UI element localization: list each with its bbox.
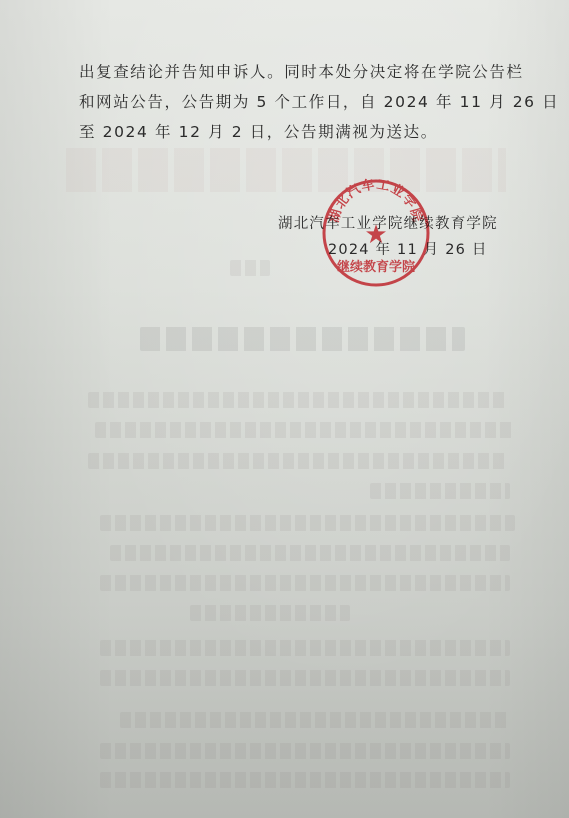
paragraph-line: 至 2024 年 12 月 2 日，公告期满视为送达。 xyxy=(79,117,519,147)
seal-bottom-text: 继续教育学院 xyxy=(337,259,415,275)
paragraph-line: 出复查结论并告知申诉人。同时本处分决定将在学院公告栏 xyxy=(79,57,519,87)
official-seal-stamp: 湖北汽车工业学院 ★ 继续教育学院 xyxy=(320,177,432,289)
paragraph-line: 和网站公告，公告期为 5 个工作日，自 2024 年 11 月 26 日 xyxy=(79,87,519,117)
svg-text:湖北汽车工业学院: 湖北汽车工业学院 xyxy=(326,177,426,224)
notice-paragraph: 出复查结论并告知申诉人。同时本处分决定将在学院公告栏 和网站公告，公告期为 5 … xyxy=(79,57,519,147)
star-icon: ★ xyxy=(364,220,387,250)
seal-arc-text: 湖北汽车工业学院 xyxy=(326,177,426,224)
